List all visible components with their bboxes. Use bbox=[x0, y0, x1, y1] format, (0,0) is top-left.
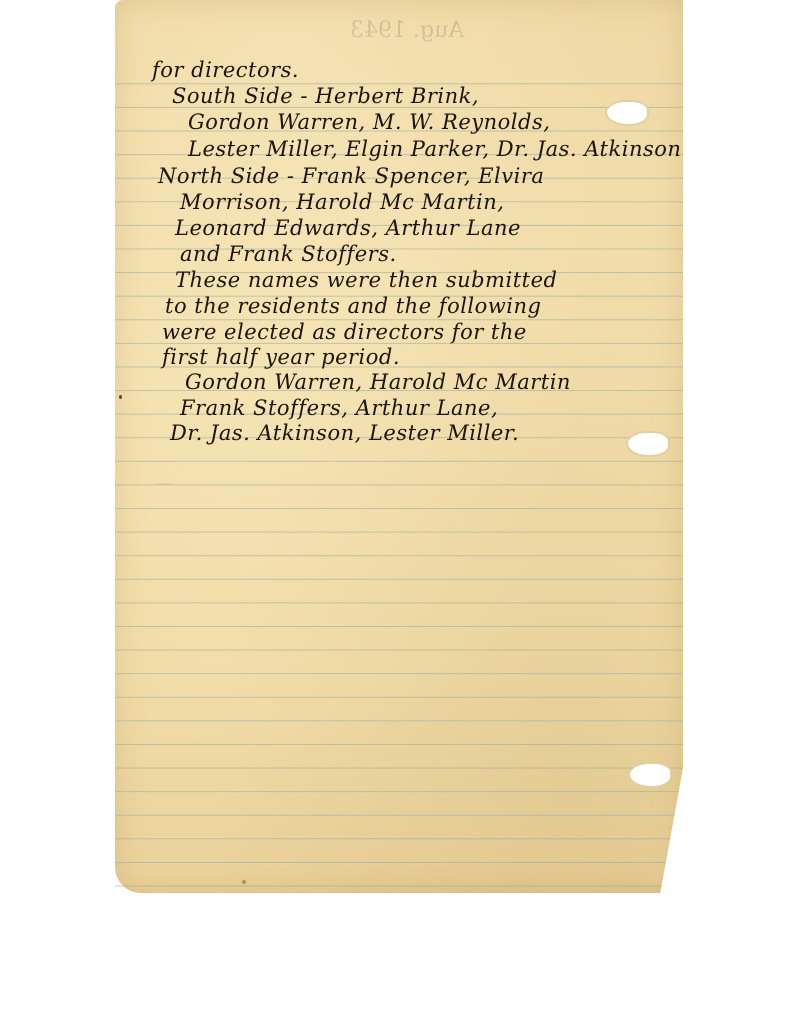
text-line: North Side - Frank Spencer, Elvira bbox=[158, 164, 544, 188]
bleed-through-text: — bbox=[155, 470, 175, 494]
punch-hole bbox=[630, 764, 670, 786]
stain-spot bbox=[242, 880, 246, 884]
punch-hole bbox=[628, 433, 668, 455]
text-line: for directors. bbox=[152, 58, 299, 82]
text-line: were elected as directors for the bbox=[162, 320, 527, 344]
text-line: first half year period. bbox=[162, 345, 400, 369]
text-line: Morrison, Harold Mc Martin, bbox=[180, 190, 504, 214]
text-line: Lester Miller, Elgin Parker, Dr. Jas. At… bbox=[188, 137, 681, 161]
stain-spot bbox=[119, 395, 122, 399]
punch-hole bbox=[607, 102, 647, 124]
text-line: Gordon Warren, M. W. Reynolds, bbox=[188, 110, 550, 134]
text-line: to the residents and the following bbox=[165, 294, 541, 318]
text-line: and Frank Stoffers. bbox=[180, 242, 397, 266]
text-line: Leonard Edwards, Arthur Lane bbox=[175, 216, 521, 240]
text-line: Dr. Jas. Atkinson, Lester Miller. bbox=[170, 421, 519, 445]
reversed-date-note: Aug. 1943 bbox=[350, 18, 464, 43]
text-line: Gordon Warren, Harold Mc Martin bbox=[185, 370, 571, 394]
text-line: South Side - Herbert Brink, bbox=[172, 84, 479, 108]
text-line: Frank Stoffers, Arthur Lane, bbox=[180, 396, 498, 420]
text-line: These names were then submitted bbox=[175, 268, 557, 292]
